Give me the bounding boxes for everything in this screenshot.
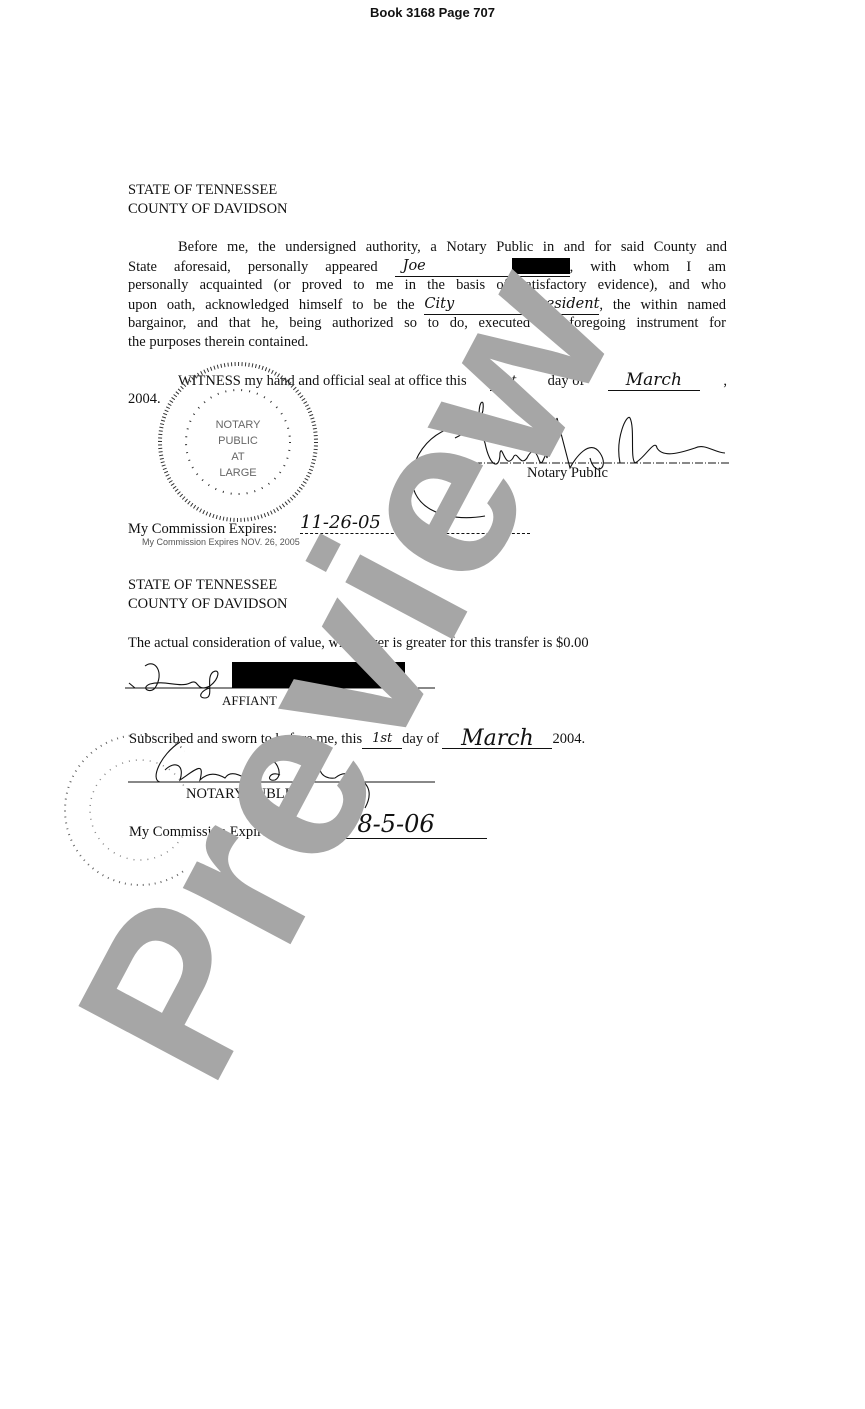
para-line-5: bargainor, and that he, being authorized… [128,314,726,333]
commission-stamp: My Commission Expires NOV. 26, 2005 [142,537,300,547]
title-field: City President [424,295,599,315]
para-text: , with whom I am [570,259,726,275]
seal-text-0: NOTARY [216,419,261,431]
sworn-year: 2004. [552,730,585,749]
witness-text: day of [548,372,585,391]
notary-public-label: Notary Public [527,464,608,483]
notary-seal-2-icon [45,720,185,890]
commission-date-1: 11-26-05 [300,512,530,534]
state-heading-1: STATE OF TENNESSEE [128,181,277,200]
appeared-name-handwritten: Joe [395,258,426,274]
notary-seal-icon: NOTARY PUBLIC AT LARGE [148,360,328,525]
state-heading-2: STATE OF TENNESSEE [128,576,277,595]
seal-text-3: LARGE [219,467,256,479]
para-line-6: the purposes therein contained. [128,333,308,352]
county-heading-1: COUNTY OF DAVIDSON [128,200,288,219]
witness-day-field: 1st [490,371,524,391]
comma: , [723,372,727,391]
para-line-3: personally acquainted (or proved to me i… [128,276,726,295]
witness-month-field: March [608,371,700,391]
para-line-4: upon oath, acknowledged himself to be th… [128,295,726,315]
book-page-header: Book 3168 Page 707 [0,5,865,20]
para-text: , the within named [599,297,726,313]
para-text: upon oath, acknowledged himself to be th… [128,297,415,313]
consideration-line: The actual consideration of value, which… [128,634,589,653]
seal-text-2: AT [231,451,245,463]
para-line-2: State aforesaid, personally appeared Joe… [128,257,726,277]
commission-label-2: My Commission Expires: [129,823,278,842]
affiant-name-redaction [232,662,405,688]
para-text: State aforesaid, personally appeared [128,259,378,275]
notary-signature-icon [405,398,735,528]
sworn-month-field: March [442,729,552,749]
para-line-1: Before me, the undersigned authority, a … [178,238,727,257]
appeared-name-field: Joe [395,257,570,277]
redaction-block [512,258,570,274]
commission-date-2: 8-5-06 [305,810,487,839]
affiant-label: AFFIANT [222,691,277,710]
notary-public-label-2: NOTARY PUBLIC [186,785,299,804]
county-heading-2: COUNTY OF DAVIDSON [128,595,288,614]
seal-text-1: PUBLIC [218,435,258,447]
